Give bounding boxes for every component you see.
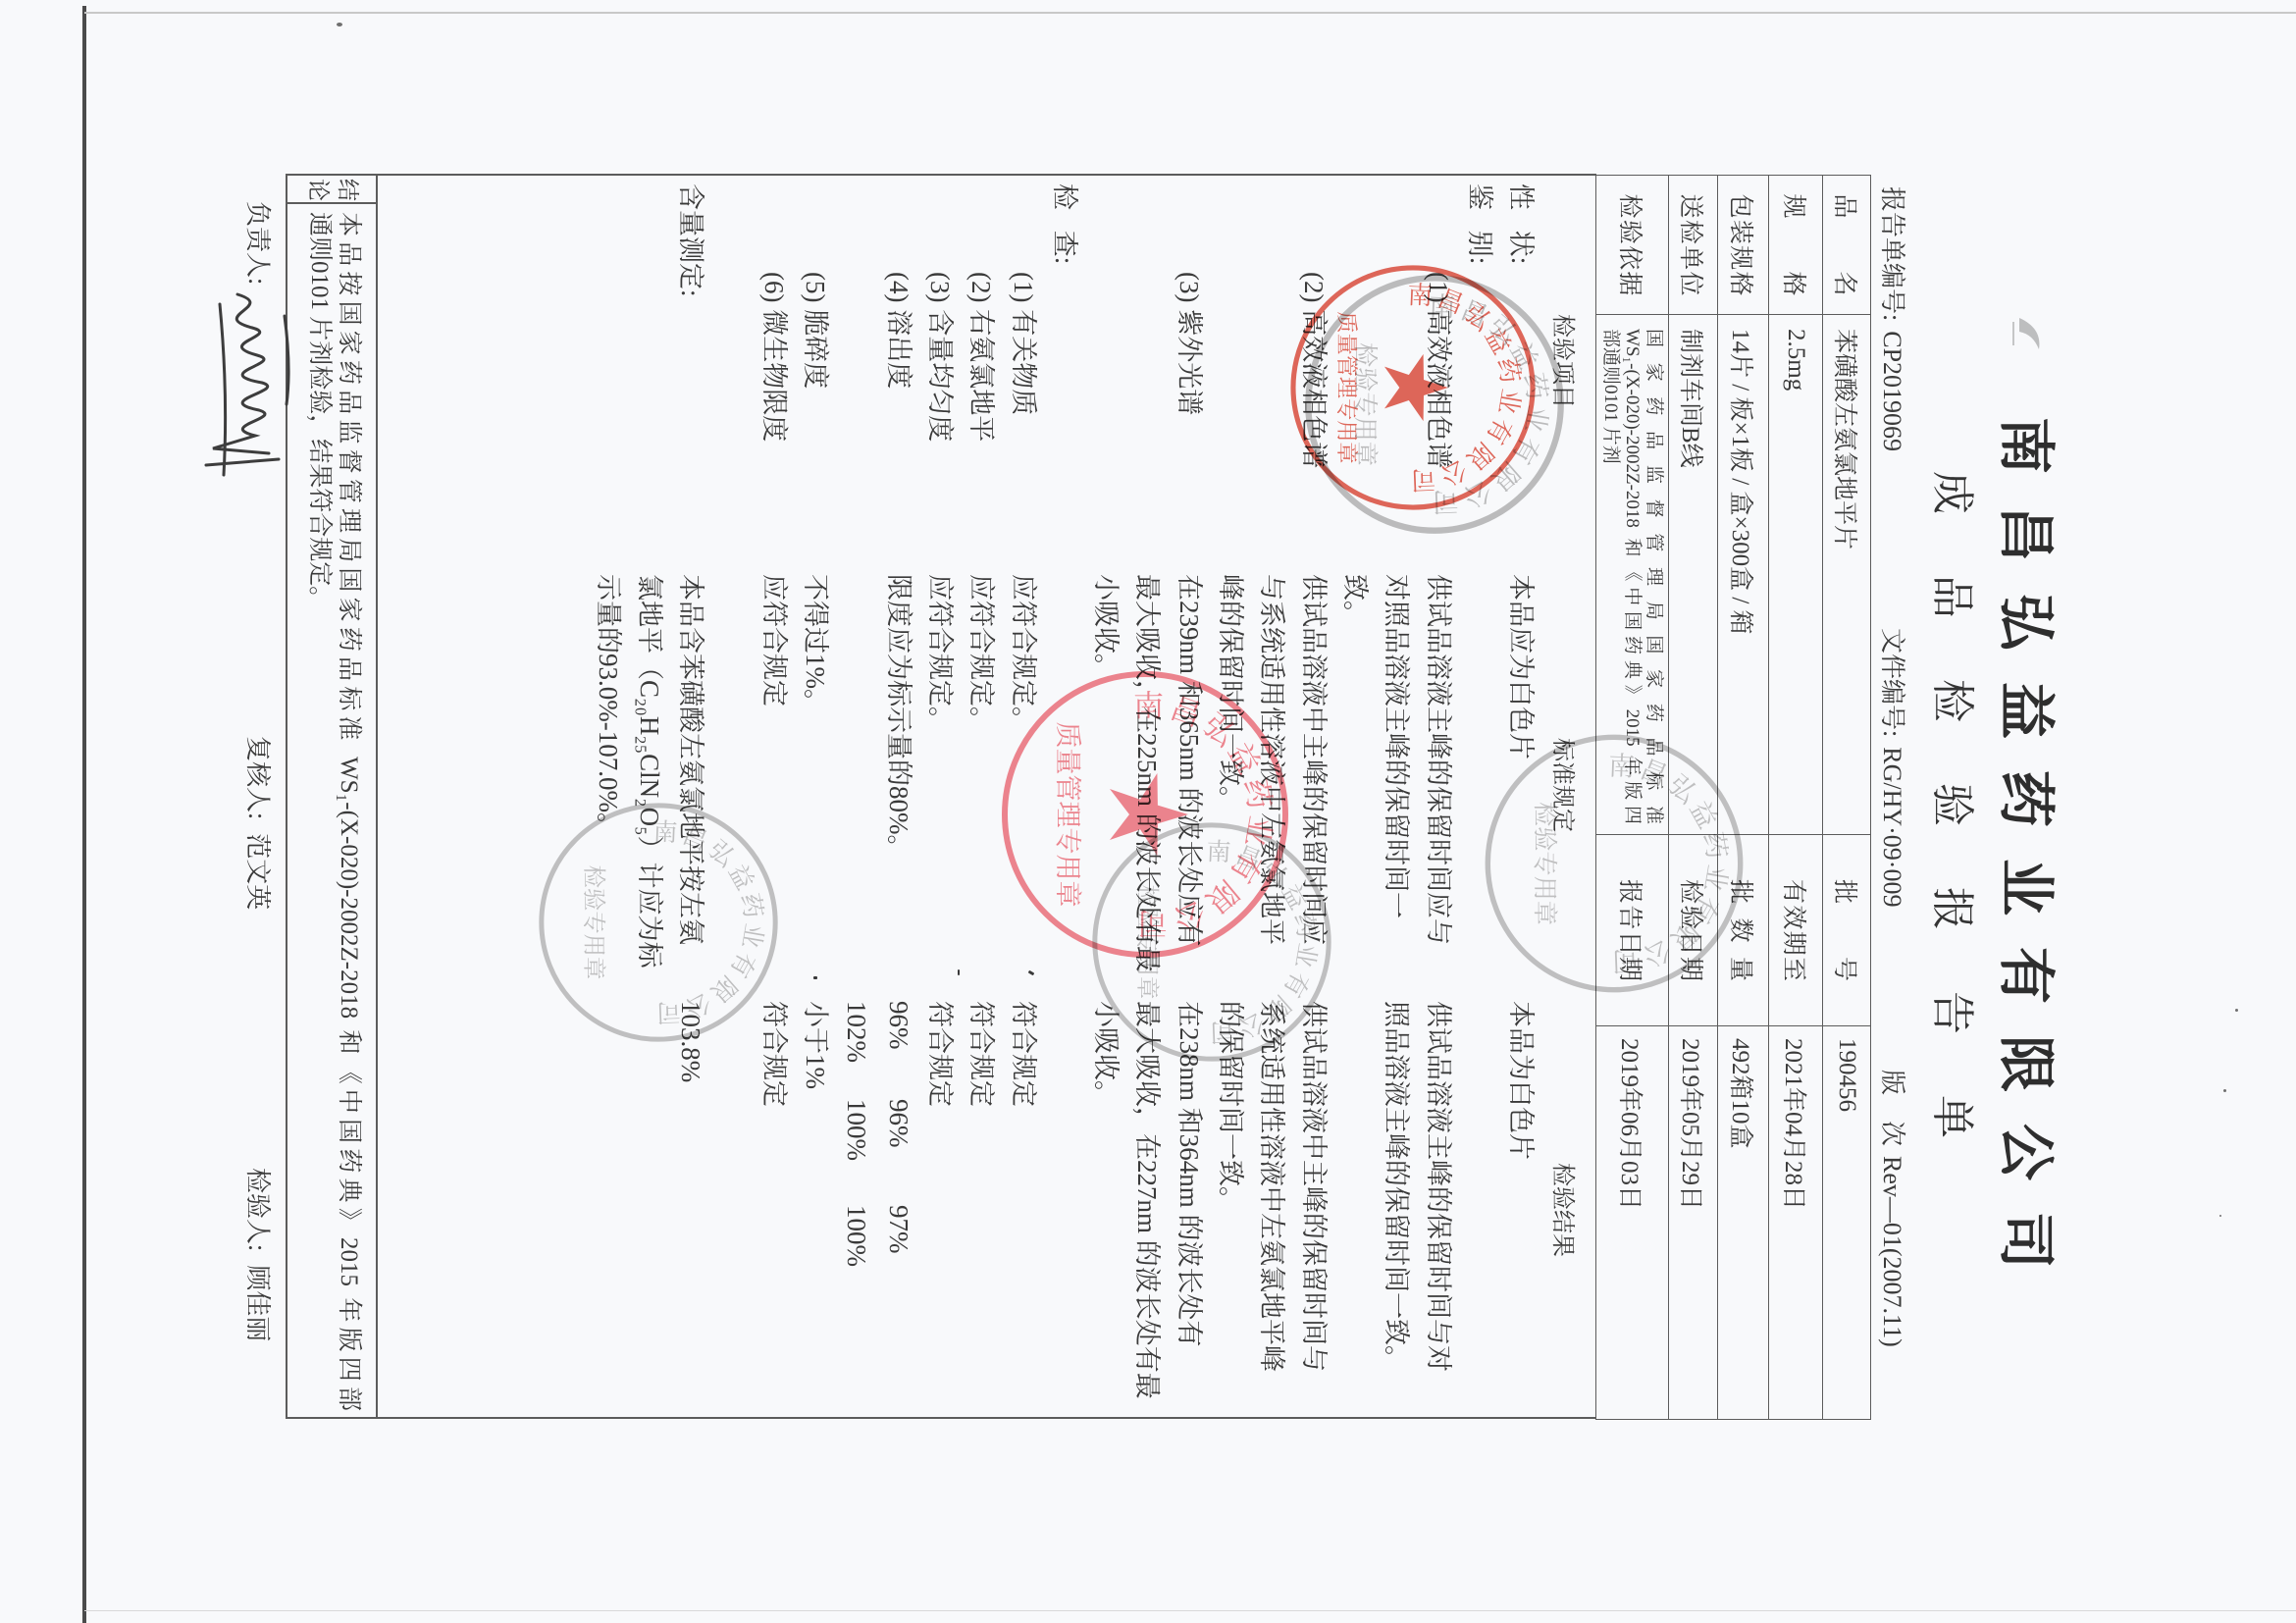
standard-text: 应符合规定 — [760, 574, 787, 707]
star-icon — [1110, 773, 1188, 856]
scanned-document: 南昌弘益药业有限公司 成品检验报告单 报告单编号:CP2019069 文件编号:… — [0, 0, 2296, 1623]
standard-text: 应符合规定。 — [926, 574, 953, 733]
responsible-person-label: 负责人: — [244, 201, 270, 285]
inspector: 检验人:顾佳丽 — [244, 1168, 270, 1341]
test-item: (1) 有关物质 — [1010, 272, 1036, 415]
reviewer: 复核人:范文英 — [244, 736, 270, 910]
conclusion-line-1: 本品按国家药品监督管理局国家药品标准 WS₁-(X-020)-2002Z-201… — [337, 212, 361, 1411]
conclusion-line-2: 通则0101 片剂检验，结果符合规定。 — [307, 212, 332, 610]
conclusion-label-bottom: 论 — [307, 179, 330, 201]
stamp-bottom-text: 质量管理专用章 — [1052, 722, 1082, 908]
inspection-stamp-grey: 南昌弘益药业有限公司 检验专用章 — [1482, 731, 1747, 996]
test-item: (3) 紫外光谱 — [1175, 272, 1202, 415]
result-text: 小于1% — [802, 1001, 828, 1089]
inspection-report-page: 南昌弘益药业有限公司 成品检验报告单 报告单编号:CP2019069 文件编号:… — [0, 0, 2296, 1623]
quality-management-stamp: 南昌弘益药业有限公司 质量管理专用章 — [998, 667, 1292, 962]
test-category-label: 鉴 别: — [1466, 183, 1492, 264]
result-value: 96% — [885, 1099, 912, 1148]
result-text: 符合规定 — [1010, 1001, 1036, 1107]
standard-text: 小吸收。 — [1092, 574, 1119, 680]
standard-text: 不得过1%。 — [802, 574, 828, 715]
stamp-bottom-text: 检验专用章 — [581, 865, 608, 980]
standard-text: 对照品溶液主峰的保留时间一 — [1383, 574, 1409, 918]
inspector-name: 顾佳丽 — [243, 1265, 272, 1341]
reviewer-name: 范文英 — [243, 833, 272, 910]
result-text: 供试品溶液主峰的保留时间与对 — [1425, 1001, 1451, 1372]
test-item: (6) 微生物限度 — [760, 272, 787, 442]
conclusion-label-top: 结 — [337, 179, 359, 201]
test-item: (5) 脆碎度 — [802, 272, 828, 389]
test-item: (4) 溶出度 — [885, 272, 912, 389]
test-category-label: 性 状: — [1507, 183, 1534, 264]
test-item: (2) 右氨氯地平 — [967, 272, 994, 442]
stamp-bottom-text: 检验专用章 — [1531, 802, 1559, 925]
result-value: 100% — [843, 1099, 869, 1161]
standard-text: 致。 — [1341, 574, 1368, 627]
result-value: 97% — [885, 1205, 912, 1254]
standard-text: 应符合规定。 — [967, 574, 994, 733]
result-text: 符合规定 — [967, 1001, 994, 1107]
inspection-stamp-grey: 南昌弘益药业有限公司 检验专用章 — [536, 800, 781, 1045]
result-text: 照品溶液主峰的保留时间一致。 — [1383, 1001, 1409, 1372]
pen-mark — [813, 976, 817, 979]
standard-text: 供试品溶液主峰的保留时间应与 — [1425, 574, 1451, 945]
test-category-label: 检 查: — [1051, 183, 1077, 264]
test-category-label: 含量测定: — [677, 183, 704, 297]
test-item: (3) 含量均匀度 — [926, 272, 953, 442]
result-value: 100% — [843, 1205, 869, 1267]
result-value: 96% — [885, 1001, 912, 1050]
handwritten-signature — [193, 287, 306, 483]
inspection-stamp-grey: 南昌弘益药业有限公司 检验专用章 — [1302, 272, 1567, 537]
stamp-bottom-text: 检验专用章 — [1351, 342, 1380, 466]
standard-text: 限度应为标示量的80%。 — [885, 574, 912, 862]
reviewer-label: 复核人: — [243, 736, 272, 819]
result-text: 符合规定 — [926, 1001, 953, 1107]
inspector-label: 检验人: — [243, 1168, 272, 1251]
result-value: 102% — [843, 1001, 869, 1063]
result-text: 本品为白色片 — [1507, 1001, 1534, 1160]
pen-mark — [958, 969, 960, 975]
